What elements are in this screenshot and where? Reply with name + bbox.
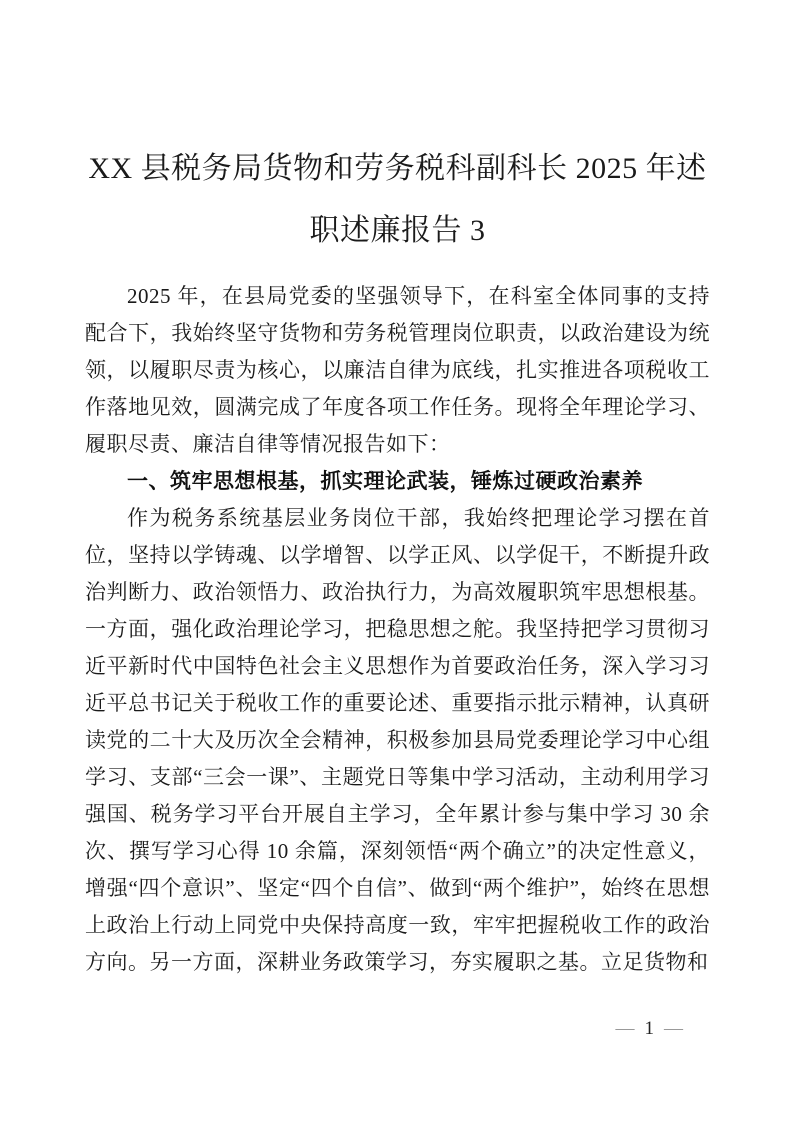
page-number-dash-right: —: [664, 1018, 685, 1039]
document-content: XX 县税务局货物和劳务税科副科长 2025 年述 职述廉报告 3 2025 年…: [85, 138, 710, 981]
document-page: XX 县税务局货物和劳务税科副科长 2025 年述 职述廉报告 3 2025 年…: [0, 0, 793, 1122]
section-1-body: 作为税务系统基层业务岗位干部，我始终把理论学习摆在首位，坚持以学铸魂、以学增智、…: [85, 500, 710, 981]
document-title: XX 县税务局货物和劳务税科副科长 2025 年述 职述廉报告 3: [85, 138, 710, 262]
page-number-footer: —1—: [616, 1018, 686, 1040]
section-1-heading: 一、筑牢思想根基，抓实理论武装，锤炼过硬政治素养: [85, 463, 710, 500]
document-title-line-2: 职述廉报告 3: [85, 200, 710, 262]
paragraph-intro: 2025 年，在县局党委的坚强领导下，在科室全体同事的支持配合下，我始终坚守货物…: [85, 278, 710, 463]
page-number-dash-left: —: [616, 1018, 637, 1039]
document-body: 2025 年，在县局党委的坚强领导下，在科室全体同事的支持配合下，我始终坚守货物…: [85, 278, 710, 981]
page-number: 1: [637, 1018, 665, 1039]
document-title-line-1: XX 县税务局货物和劳务税科副科长 2025 年述: [85, 138, 710, 200]
